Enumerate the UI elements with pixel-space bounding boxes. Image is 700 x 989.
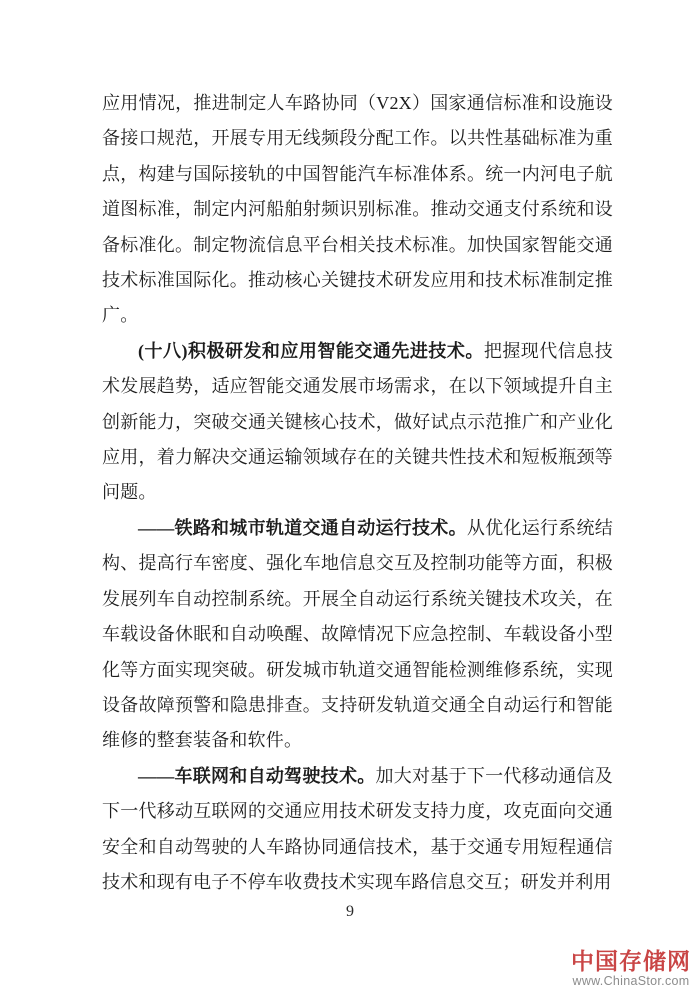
paragraph-lead: ——铁路和城市轨道交通自动运行技术。 xyxy=(138,518,467,538)
paragraph: (十八)积极研发和应用智能交通先进技术。把握现代信息技术发展趋势，适应智能交通发… xyxy=(102,334,613,511)
paragraph-text: 应用情况，推进制定人车路协同（V2X）国家通信标准和设施设备接口规范，开展专用无… xyxy=(102,93,613,325)
document-page: 应用情况，推进制定人车路协同（V2X）国家通信标准和设施设备接口规范，开展专用无… xyxy=(0,0,700,989)
watermark-url: www.ChinaStor.com xyxy=(571,975,691,988)
paragraph-lead: ——车联网和自动驾驶技术。 xyxy=(138,766,376,786)
watermark-brand-logo: 中国存储网 xyxy=(571,950,691,973)
paragraph: ——铁路和城市轨道交通自动运行技术。从优化运行系统结构、提高行车密度、强化车地信… xyxy=(102,511,613,759)
document-body: 应用情况，推进制定人车路协同（V2X）国家通信标准和设施设备接口规范，开展专用无… xyxy=(102,86,613,900)
paragraph: 应用情况，推进制定人车路协同（V2X）国家通信标准和设施设备接口规范，开展专用无… xyxy=(102,86,613,334)
paragraph-text: 把握现代信息技术发展趋势，适应智能交通发展市场需求，在以下领域提升自主创新能力，… xyxy=(102,341,613,503)
watermark: 中国存储网 www.ChinaStor.com xyxy=(571,950,691,988)
paragraph-lead: (十八)积极研发和应用智能交通先进技术。 xyxy=(138,341,484,361)
page-number: 9 xyxy=(0,903,700,921)
paragraph-text: 从优化运行系统结构、提高行车密度、强化车地信息交互及控制功能等方面，积极发展列车… xyxy=(102,518,613,750)
paragraph: ——车联网和自动驾驶技术。加大对基于下一代移动通信及下一代移动互联网的交通应用技… xyxy=(102,759,613,901)
